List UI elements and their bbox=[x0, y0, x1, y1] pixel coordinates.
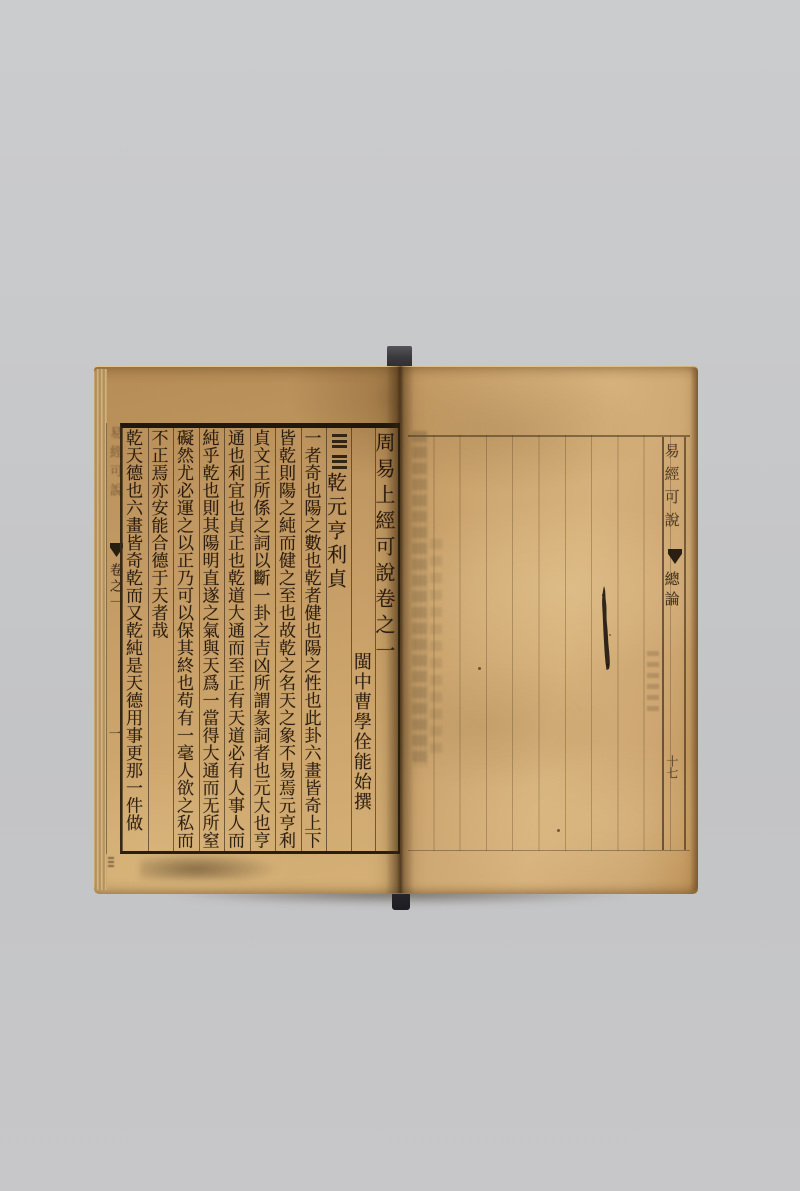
left-page: 易經可說 卷之一 一 周易上經可說卷之一 閩中曹學佺能始撰 bbox=[94, 366, 400, 894]
author-text: 閩中曹學佺能始撰 bbox=[353, 428, 374, 851]
carver-mark bbox=[108, 857, 114, 869]
commentary-column: 通也利宜也貞正也乾道大通而至正有天道必有人事人而 bbox=[224, 428, 250, 851]
right-banxin-leaf-text: 十七 bbox=[667, 755, 681, 779]
fishtail-icon bbox=[668, 549, 682, 564]
hexagram-qian-icon bbox=[332, 434, 347, 469]
right-banxin-section-text: 總論 bbox=[665, 571, 682, 611]
faint-margin-marks bbox=[647, 651, 659, 715]
right-banxin-title: 易經可說 bbox=[664, 443, 684, 535]
commentary-text: 一者奇也陽之數也乾者健也陽之性也此卦六畫皆奇上下 bbox=[304, 428, 324, 851]
commentary-column: 純乎乾也則其陽明直遂之氣與天爲一當得大通而无所窒 bbox=[199, 428, 225, 851]
commentary-column: 乾天德也六畫皆奇乾而又乾純是天德用事更那一件做 bbox=[122, 428, 148, 851]
right-ruled-frame: 易經可說 總論 十七 bbox=[408, 435, 690, 851]
commentary-text: 皆乾則陽之純而健之至也故乾之名天之象不易焉元亨利 bbox=[278, 428, 298, 851]
commentary-column: 一者奇也陽之數也乾者健也陽之性也此卦六畫皆奇上下 bbox=[301, 428, 327, 851]
commentary-column: 礙然尤必運之以正乃可以保其終也苟有一毫人欲之私而 bbox=[173, 428, 199, 851]
column-chapter-heading: 周易上經可說卷之一 bbox=[375, 428, 398, 851]
commentary-text: 純乎乾也則其陽明直遂之氣與天爲一當得大通而无所窒 bbox=[202, 428, 222, 851]
bleedthrough-text-column bbox=[430, 539, 442, 757]
right-banxin-column: 易經可說 總論 十七 bbox=[662, 437, 686, 850]
ink-streak-stain bbox=[596, 585, 620, 671]
right-banxin-leaf-number: 十七 bbox=[664, 755, 684, 779]
column-author: 閩中曹學佺能始撰 bbox=[351, 428, 375, 851]
ink-speck bbox=[557, 829, 560, 832]
commentary-column: 貞文王所係之詞以斷一卦之吉凶所謂彖詞者也元大也亨 bbox=[250, 428, 276, 851]
commentary-text: 礙然尤必運之以正乃可以保其終也苟有一毫人欲之私而 bbox=[176, 428, 196, 851]
commentary-text: 不正焉亦安能合德于天者哉 bbox=[151, 428, 171, 851]
right-page: 易經可說 總論 十七 bbox=[400, 366, 698, 894]
commentary-text: 乾天德也六畫皆奇乾而又乾純是天德用事更那一件做 bbox=[125, 428, 145, 851]
hexagram-statement-text: 乾元亨利貞 bbox=[328, 472, 351, 812]
bleedthrough-text-column bbox=[412, 431, 427, 767]
commentary-text: 貞文王所係之詞以斷一卦之吉凶所謂彖詞者也元大也亨 bbox=[253, 428, 273, 851]
commentary-column: 不正焉亦安能合德于天者哉 bbox=[148, 428, 174, 851]
ink-smudge-bottom-margin bbox=[140, 852, 280, 880]
right-fore-edge bbox=[690, 368, 698, 891]
commentary-text: 通也利宜也貞正也乾道大通而至正有天道必有人事人而 bbox=[227, 428, 247, 851]
left-text-frame: 周易上經可說卷之一 閩中曹學佺能始撰 乾元亨利貞 一者奇也陽之數也乾者健也陽之性… bbox=[120, 423, 400, 854]
column-hexagram-statement: 乾元亨利貞 bbox=[326, 428, 351, 851]
ink-speck bbox=[478, 667, 481, 670]
right-banxin-title-text: 易經可說 bbox=[665, 443, 682, 535]
right-banxin-section: 總論 bbox=[664, 571, 684, 611]
chapter-heading-text: 周易上經可說卷之一 bbox=[376, 428, 398, 851]
commentary-column: 皆乾則陽之純而健之至也故乾之名天之象不易焉元亨利 bbox=[275, 428, 301, 851]
photo-of-open-book: 易經可說 卷之一 一 周易上經可說卷之一 閩中曹學佺能始撰 bbox=[0, 0, 800, 1191]
